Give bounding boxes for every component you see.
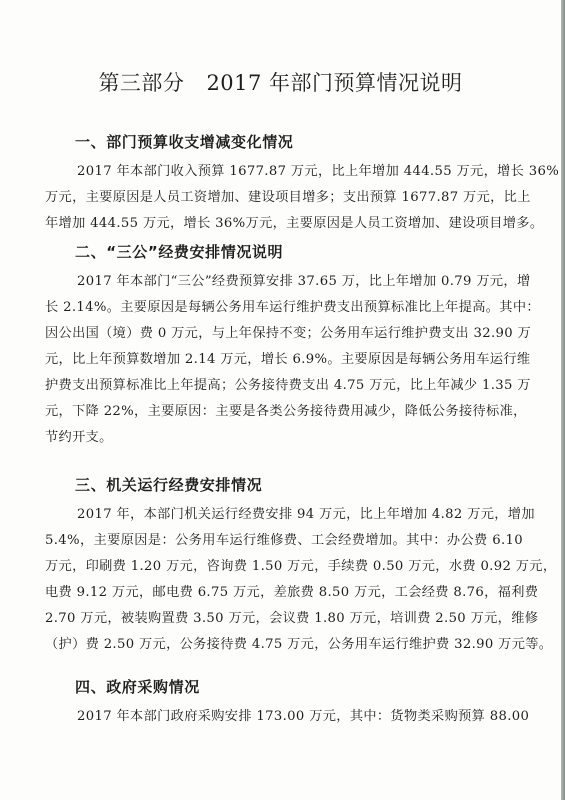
paragraph-line: 电费 9.12 万元，邮电费 6.75 万元，差旅费 8.50 万元，工会经费 …: [45, 580, 523, 606]
page-title: 第三部分2017 年部门预算情况说明: [0, 68, 561, 98]
paragraph-line: 护费支出预算标准比上年提高；公务接待费支出 4.75 万元，比上年减少 1.35…: [45, 373, 523, 399]
section-paragraph-4: 2017 年本部门政府采购安排 173.00 万元，其中：货物类采购预算 88.…: [45, 704, 523, 730]
paragraph-line: 2017 年，本部门机关运行经费安排 94 万元，比上年增加 4.82 万元，增…: [45, 502, 523, 528]
section-heading-4: 四、政府采购情况: [75, 676, 200, 698]
section-heading-2: 二、“三公”经费安排情况说明: [75, 241, 283, 263]
paragraph-line: 2017 年本部门“三公”经费预算安排 37.65 万，比上年增加 0.79 万…: [45, 269, 523, 295]
section-paragraph-3: 2017 年，本部门机关运行经费安排 94 万元，比上年增加 4.82 万元，增…: [45, 502, 523, 658]
section-heading-1: 一、部门预算收支增减变化情况: [75, 131, 293, 153]
paragraph-line: 5.4%，主要原因是：公务用车运行维修费、工会经费增加。其中：办公费 6.10: [45, 528, 523, 554]
paragraph-line: 节约开支。: [45, 425, 523, 451]
paragraph-line: 万元，主要原因是人员工资增加、建设项目增多；支出预算 1677.87 万元，比上: [45, 185, 523, 211]
paragraph-line: 万元，印刷费 1.20 万元，咨询费 1.50 万元，手续费 0.50 万元，水…: [45, 554, 523, 580]
section-paragraph-2: 2017 年本部门“三公”经费预算安排 37.65 万，比上年增加 0.79 万…: [45, 269, 523, 451]
paragraph-line: 2017 年本部门收入预算 1677.87 万元，比上年增加 444.55 万元…: [45, 159, 523, 185]
paragraph-line: 长 2.14%。主要原因是每辆公务用车运行维护费支出预算标准比上年提高。其中：: [45, 295, 523, 321]
paragraph-line: 年增加 444.55 万元，增长 36%万元，主要原因是人员工资增加、建设项目增…: [45, 211, 523, 237]
paragraph-line: 因公出国（境）费 0 万元，与上年保持不变；公务用车运行维护费支出 32.90 …: [45, 321, 523, 347]
section-paragraph-1: 2017 年本部门收入预算 1677.87 万元，比上年增加 444.55 万元…: [45, 159, 523, 237]
title-part: 第三部分: [98, 71, 184, 95]
document-page: 第三部分2017 年部门预算情况说明 一、部门预算收支增减变化情况 2017 年…: [0, 0, 561, 800]
paragraph-line: 2.70 万元，被装购置费 3.50 万元，会议费 1.80 万元，培训费 2.…: [45, 606, 523, 632]
paragraph-line: 2017 年本部门政府采购安排 173.00 万元，其中：货物类采购预算 88.…: [45, 704, 523, 730]
title-main: 2017 年部门预算情况说明: [206, 71, 462, 95]
section-heading-3: 三、机关运行经费安排情况: [75, 474, 262, 496]
paragraph-line: 元，比上年预算数增加 2.14 万元，增长 6.9%。主要原因是每辆公务用车运行…: [45, 347, 523, 373]
paragraph-line: 元，下降 22%，主要原因：主要是各类公务接待费用减少，降低公务接待标准，: [45, 399, 523, 425]
paragraph-line: （护）费 2.50 万元，公务接待费 4.75 万元，公务用车运行维护费 32.…: [45, 632, 523, 658]
scan-edge-border: [561, 0, 565, 800]
